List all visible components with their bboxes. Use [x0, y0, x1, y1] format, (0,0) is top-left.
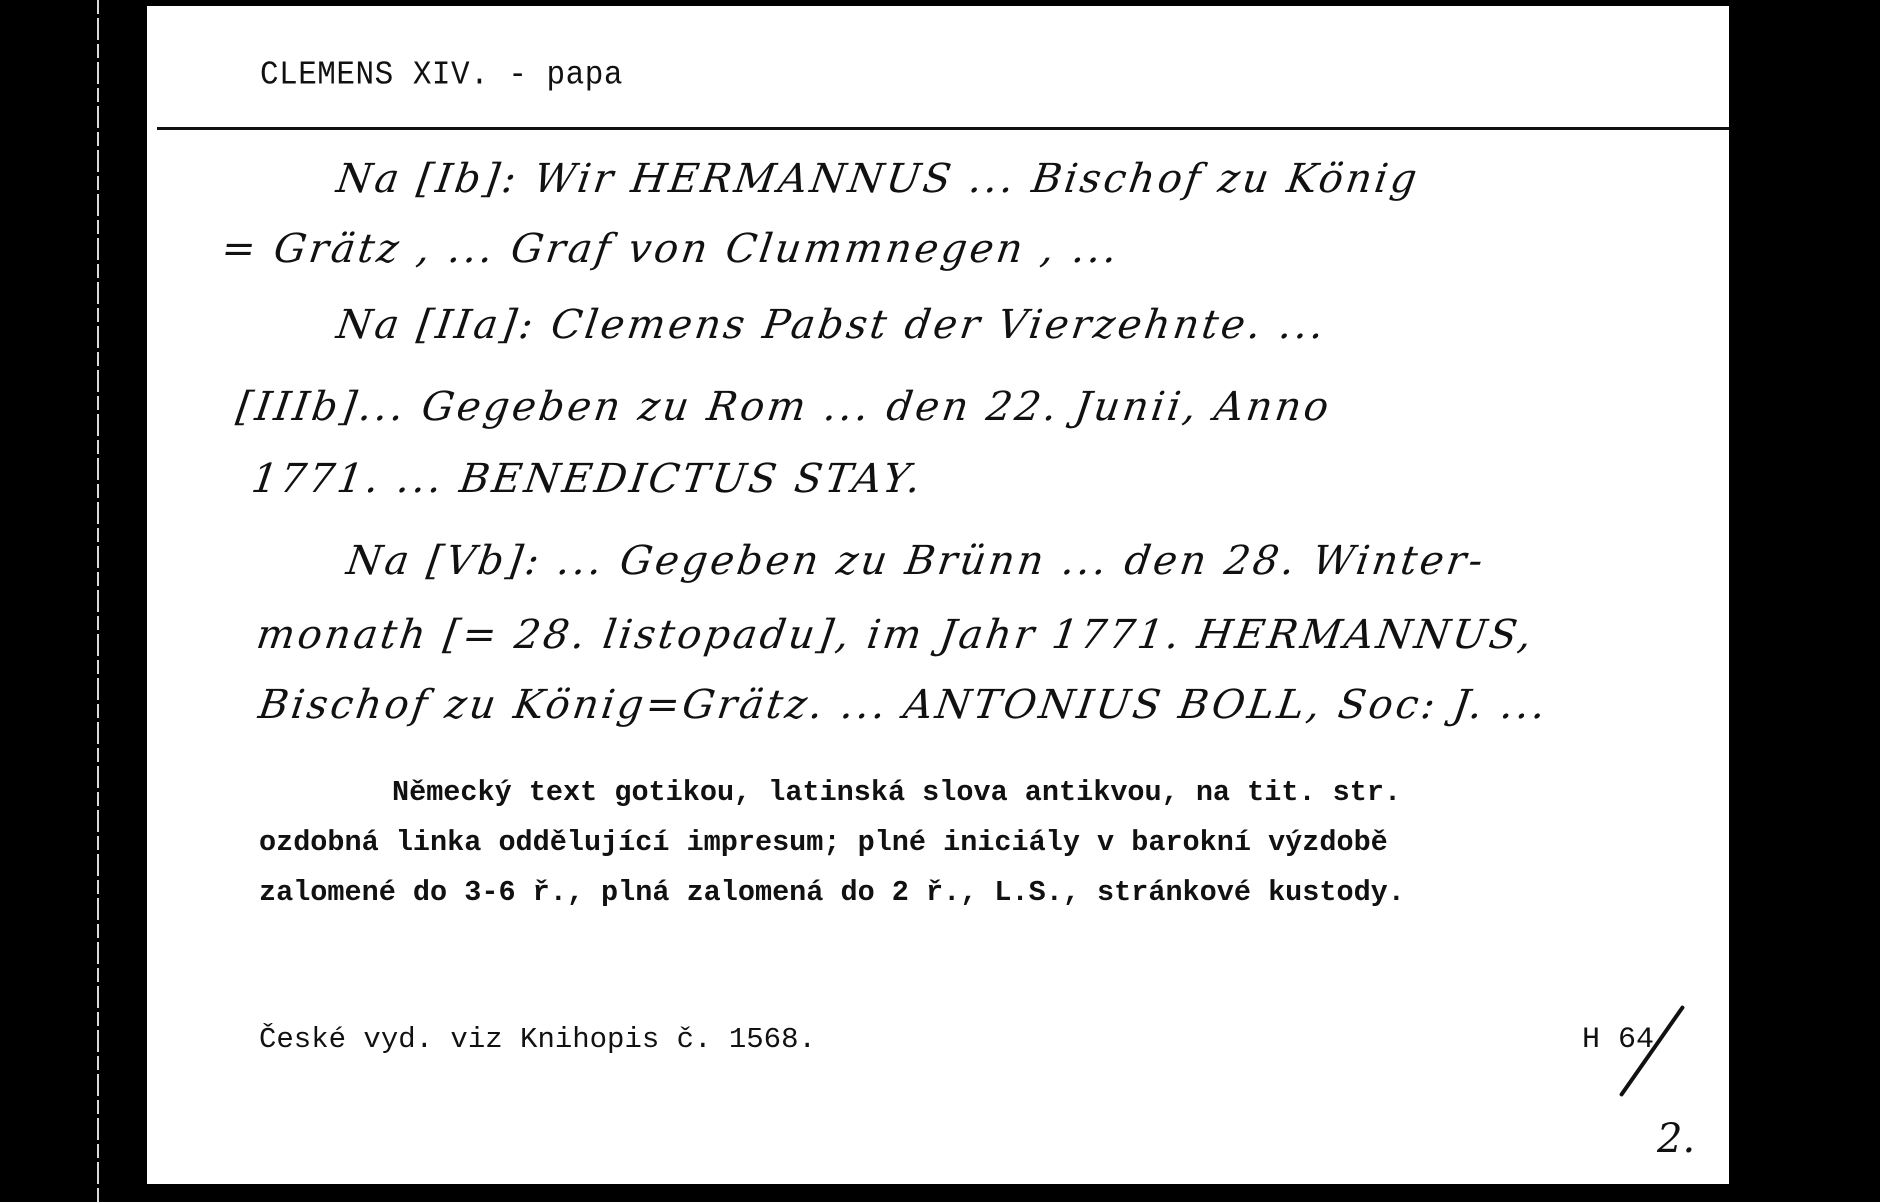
heading-rule [157, 127, 1729, 130]
catalog-card: CLEMENS XIV. - papa Na [Ib]: Wir HERMANN… [147, 6, 1729, 1184]
handwritten-line: Bischof zu König=Grätz. ... ANTONIUS BOL… [256, 682, 1551, 728]
handwritten-line: Na [Ib]: Wir HERMANNUS ... Bischof zu Kö… [334, 156, 1423, 202]
description-line: Německý text gotikou, latinská slova ant… [392, 776, 1401, 809]
reference-note: České vyd. viz Knihopis č. 1568. [259, 1023, 816, 1056]
handwritten-line: = Grätz , ... Graf von Clummnegen , ... [219, 226, 1123, 272]
handwritten-line: Na [Vb]: ... Gegeben zu Brünn ... den 28… [344, 538, 1489, 584]
shelfmark: H 64 [1582, 1023, 1654, 1057]
scan-edge-line [97, 0, 99, 1202]
handwritten-line: [IIIb]... Gegeben zu Rom ... den 22. Jun… [234, 384, 1335, 430]
handwritten-line: monath [= 28. listopadu], im Jahr 1771. … [254, 612, 1538, 658]
page-number: 2. [1657, 1116, 1695, 1162]
description-line: zalomené do 3-6 ř., plná zalomená do 2 ř… [259, 876, 1405, 909]
handwritten-line: Na [IIa]: Clemens Pabst der Vierzehnte. … [334, 302, 1330, 348]
handwritten-line: 1771. ... BENEDICTUS STAY. [249, 456, 926, 502]
card-heading: CLEMENS XIV. - papa [260, 57, 623, 95]
description-line: ozdobná linka oddělující impresum; plné … [259, 826, 1388, 859]
